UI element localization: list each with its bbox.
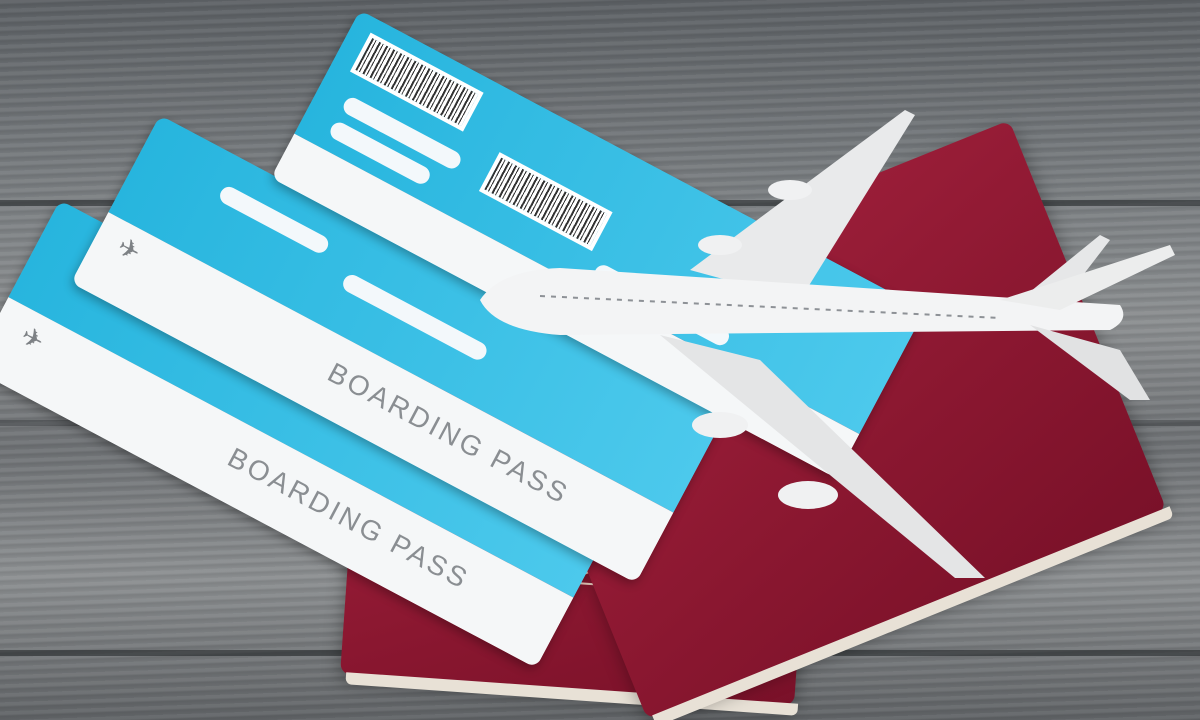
toy-airplane xyxy=(0,0,1200,720)
photo-scene: PASSE PASSPOR PASSEPORT ✈ BOARDING PASS … xyxy=(0,0,1200,720)
